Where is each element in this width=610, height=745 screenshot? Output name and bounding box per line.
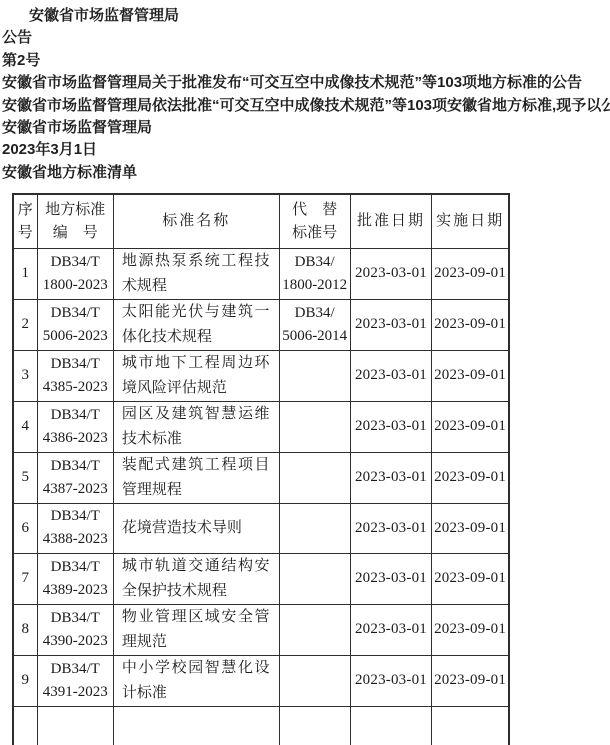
cell-code-line2: 4390-2023 bbox=[38, 630, 113, 653]
cell-code: DB34/T 4388-2023 bbox=[37, 503, 113, 553]
cell-standard-name: 城市轨道交通结构安全保护技术规程 bbox=[113, 553, 279, 604]
cell-code-line1: DB34/T bbox=[38, 455, 113, 478]
cell-standard-name: 花境营造技术导则 bbox=[113, 503, 279, 553]
cell-approved-date: 2023-03-01 bbox=[350, 604, 431, 655]
cell-replaced-code bbox=[279, 452, 350, 503]
announcement-body: 安徽省市场监督管理局依法批准“可交互空中成像技术规范”等103项安徽省地方标准,… bbox=[2, 95, 610, 117]
cell-code-line2: 1800-2023 bbox=[38, 274, 113, 297]
cell-seq bbox=[13, 706, 37, 745]
cell-seq: 6 bbox=[13, 503, 37, 553]
cell-replaced-code bbox=[279, 553, 350, 604]
cell-approved-date: 2023-03-01 bbox=[350, 655, 431, 706]
cell-implemented-date: 2023-09-01 bbox=[432, 604, 509, 655]
cell-implemented-date: 2023-09-01 bbox=[432, 655, 509, 706]
cell-replaced-code: DB34/ 5006-2014 bbox=[279, 299, 350, 350]
col-header-code-line1: 地方标准 bbox=[38, 199, 113, 222]
signature-date: 2023年3月1日 bbox=[2, 139, 610, 161]
cell-replaced-line2: 5006-2014 bbox=[280, 325, 350, 348]
cell-code bbox=[37, 706, 113, 745]
table-row: 1 DB34/T 1800-2023 地源热泵系统工程技术规程 DB34/ 18… bbox=[13, 248, 509, 299]
cell-implemented-date: 2023-09-01 bbox=[432, 350, 509, 401]
table-row: 7 DB34/T 4389-2023 城市轨道交通结构安全保护技术规程 2023… bbox=[13, 553, 509, 604]
col-header-replaced-line1: 代 替 bbox=[280, 199, 350, 222]
list-title: 安徽省地方标准清单 bbox=[2, 162, 610, 184]
announcement-label: 公告 bbox=[2, 27, 610, 49]
col-header-implemented-label: 实施日期 bbox=[436, 213, 504, 229]
cell-approved-date bbox=[350, 706, 431, 745]
cell-code-line2: 4385-2023 bbox=[38, 376, 113, 399]
cell-approved-date: 2023-03-01 bbox=[350, 248, 431, 299]
cell-standard-name: 园区及建筑智慧运维技术标准 bbox=[113, 401, 279, 452]
cell-code-line2: 4386-2023 bbox=[38, 427, 113, 450]
cell-seq: 2 bbox=[13, 299, 37, 350]
col-header-code: 地方标准 编 号 bbox=[37, 194, 113, 248]
cell-code-line1: DB34/T bbox=[38, 302, 113, 325]
cell-code: DB34/T 4390-2023 bbox=[37, 604, 113, 655]
cell-seq: 8 bbox=[13, 604, 37, 655]
cell-implemented-date: 2023-09-01 bbox=[432, 299, 509, 350]
cell-code: DB34/T 1800-2023 bbox=[37, 248, 113, 299]
cell-code-line2: 4389-2023 bbox=[38, 579, 113, 602]
col-header-seq: 序 号 bbox=[13, 194, 37, 248]
cell-seq: 1 bbox=[13, 248, 37, 299]
table-row: 3 DB34/T 4385-2023 城市地下工程周边环境风险评估规范 2023… bbox=[13, 350, 509, 401]
cell-implemented-date bbox=[432, 706, 509, 745]
cell-code: DB34/T 4389-2023 bbox=[37, 553, 113, 604]
cell-code-line1: DB34/T bbox=[38, 556, 113, 579]
cell-replaced-code: DB34/ 1800-2012 bbox=[279, 248, 350, 299]
cell-code-line2: 4391-2023 bbox=[38, 681, 113, 704]
cell-seq: 4 bbox=[13, 401, 37, 452]
cell-code-line2: 4388-2023 bbox=[38, 528, 113, 551]
table-row: 4 DB34/T 4386-2023 园区及建筑智慧运维技术标准 2023-03… bbox=[13, 401, 509, 452]
cell-replaced-code bbox=[279, 503, 350, 553]
cell-code-line1: DB34/T bbox=[38, 607, 113, 630]
cell-code: DB34/T 4385-2023 bbox=[37, 350, 113, 401]
cell-standard-name: 城市地下工程周边环境风险评估规范 bbox=[113, 350, 279, 401]
cell-replaced-line1: DB34/ bbox=[280, 302, 350, 325]
col-header-implemented: 实施日期 bbox=[432, 194, 509, 248]
col-header-seq-line2: 号 bbox=[14, 222, 37, 245]
cell-code-line2: 5006-2023 bbox=[38, 325, 113, 348]
cell-seq: 7 bbox=[13, 553, 37, 604]
cell-implemented-date: 2023-09-01 bbox=[432, 553, 509, 604]
agency-title: 安徽省市场监督管理局 bbox=[2, 5, 610, 27]
cell-implemented-date: 2023-09-01 bbox=[432, 248, 509, 299]
cell-standard-name bbox=[113, 706, 279, 745]
col-header-code-line2: 编 号 bbox=[38, 222, 113, 245]
cell-standard-name: 装配式建筑工程项目管理规程 bbox=[113, 452, 279, 503]
standards-table: 序 号 地方标准 编 号 标准名称 代 替 标准号 批准日期 实施日期 1 DB… bbox=[12, 193, 510, 745]
cell-approved-date: 2023-03-01 bbox=[350, 350, 431, 401]
table-row: 6 DB34/T 4388-2023 花境营造技术导则 2023-03-01 2… bbox=[13, 503, 509, 553]
col-header-replaced-line2: 标准号 bbox=[280, 222, 350, 245]
cell-approved-date: 2023-03-01 bbox=[350, 503, 431, 553]
cell-replaced-code bbox=[279, 604, 350, 655]
table-header-row: 序 号 地方标准 编 号 标准名称 代 替 标准号 批准日期 实施日期 bbox=[13, 194, 509, 248]
cell-code-line1: DB34/T bbox=[38, 353, 113, 376]
col-header-approved-label: 批准日期 bbox=[357, 213, 425, 229]
cell-implemented-date: 2023-09-01 bbox=[432, 503, 509, 553]
cell-code-line1: DB34/T bbox=[38, 658, 113, 681]
cell-replaced-code bbox=[279, 706, 350, 745]
col-header-name-label: 标准名称 bbox=[162, 213, 230, 229]
announcement-subject: 安徽省市场监督管理局关于批准发布“可交互空中成像技术规范”等103项地方标准的公… bbox=[2, 72, 610, 94]
cell-implemented-date: 2023-09-01 bbox=[432, 401, 509, 452]
col-header-seq-line1: 序 bbox=[14, 199, 37, 222]
col-header-approved: 批准日期 bbox=[350, 194, 431, 248]
col-header-replaced: 代 替 标准号 bbox=[279, 194, 350, 248]
cell-code: DB34/T 4386-2023 bbox=[37, 401, 113, 452]
cell-standard-name: 中小学校园智慧化设计标准 bbox=[113, 655, 279, 706]
cell-code-line1: DB34/T bbox=[38, 251, 113, 274]
cell-standard-name: 物业管理区域安全管理规范 bbox=[113, 604, 279, 655]
cell-seq: 3 bbox=[13, 350, 37, 401]
cell-replaced-code bbox=[279, 655, 350, 706]
cell-approved-date: 2023-03-01 bbox=[350, 553, 431, 604]
cell-standard-name: 太阳能光伏与建筑一体化技术规程 bbox=[113, 299, 279, 350]
table-row: 8 DB34/T 4390-2023 物业管理区域安全管理规范 2023-03-… bbox=[13, 604, 509, 655]
table-row: 9 DB34/T 4391-2023 中小学校园智慧化设计标准 2023-03-… bbox=[13, 655, 509, 706]
col-header-name: 标准名称 bbox=[113, 194, 279, 248]
table-row: 2 DB34/T 5006-2023 太阳能光伏与建筑一体化技术规程 DB34/… bbox=[13, 299, 509, 350]
cell-approved-date: 2023-03-01 bbox=[350, 401, 431, 452]
table-row-empty bbox=[13, 706, 509, 745]
cell-code: DB34/T 4391-2023 bbox=[37, 655, 113, 706]
cell-code-line1: DB34/T bbox=[38, 404, 113, 427]
announcement-header: 安徽省市场监督管理局 公告 第2号 安徽省市场监督管理局关于批准发布“可交互空中… bbox=[0, 0, 610, 184]
cell-replaced-line2: 1800-2012 bbox=[280, 274, 350, 297]
cell-replaced-code bbox=[279, 401, 350, 452]
signature-agency: 安徽省市场监督管理局 bbox=[2, 117, 610, 139]
cell-replaced-code bbox=[279, 350, 350, 401]
cell-code-line2: 4387-2023 bbox=[38, 478, 113, 501]
cell-approved-date: 2023-03-01 bbox=[350, 452, 431, 503]
cell-implemented-date: 2023-09-01 bbox=[432, 452, 509, 503]
table-row: 5 DB34/T 4387-2023 装配式建筑工程项目管理规程 2023-03… bbox=[13, 452, 509, 503]
announcement-number: 第2号 bbox=[2, 50, 610, 72]
cell-approved-date: 2023-03-01 bbox=[350, 299, 431, 350]
cell-replaced-line1: DB34/ bbox=[280, 251, 350, 274]
cell-code: DB34/T 5006-2023 bbox=[37, 299, 113, 350]
cell-standard-name: 地源热泵系统工程技术规程 bbox=[113, 248, 279, 299]
cell-seq: 9 bbox=[13, 655, 37, 706]
cell-code-line1: DB34/T bbox=[38, 505, 113, 528]
cell-code: DB34/T 4387-2023 bbox=[37, 452, 113, 503]
cell-seq: 5 bbox=[13, 452, 37, 503]
